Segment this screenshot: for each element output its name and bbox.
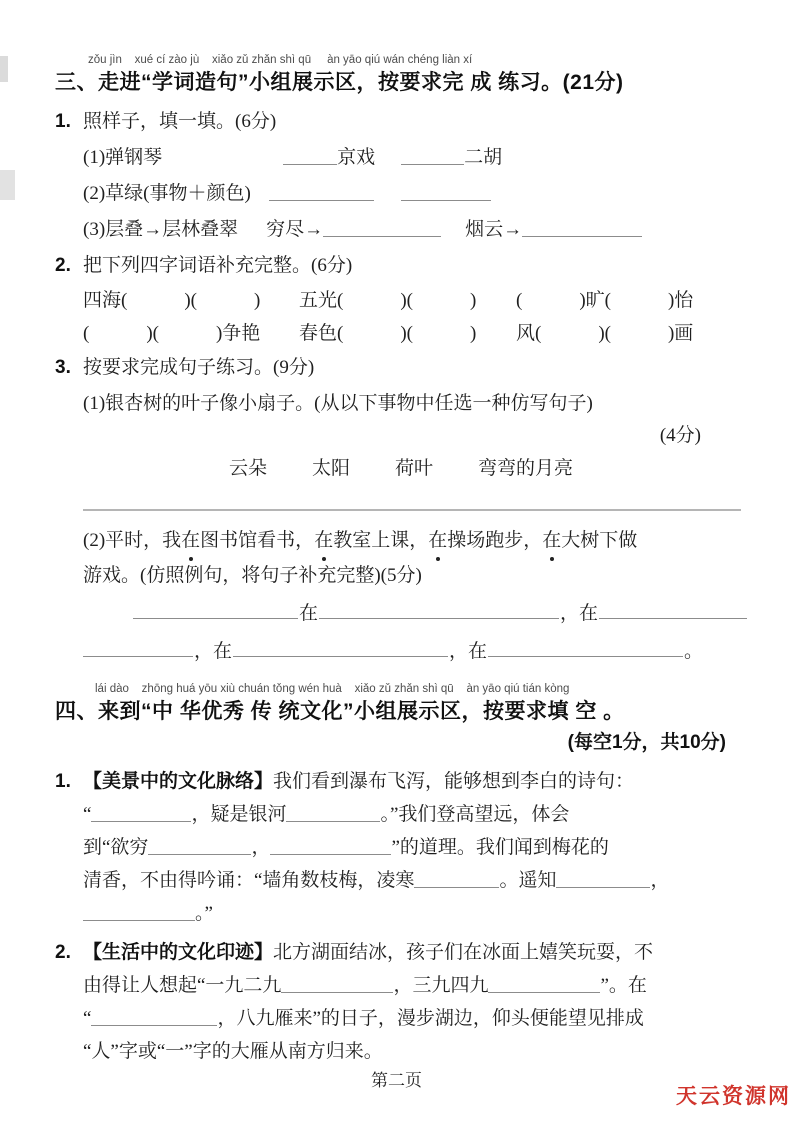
page-content: zǒu jìn xué cí zào jù xiǎo zǔ zhǎn shì q… <box>55 52 747 1068</box>
q2-number: 2. <box>55 248 83 284</box>
section3-heading: 三、走进“学词造句”小组展示区，按要求完 成 练习。(21分) <box>55 68 747 98</box>
fill-blank <box>270 839 391 855</box>
s4q2-line1: 2. 【生活中的文化印迹】北方湖面结冰，孩子们在冰面上嬉笑玩耍，不 <box>55 936 747 969</box>
q3-title: 按要求完成句子练习。(9分) <box>83 350 314 386</box>
fill-blank <box>488 977 600 993</box>
emphasized-zai: 在 <box>542 523 561 558</box>
text-run: ，三九四九 <box>393 975 488 996</box>
fill-blank <box>83 905 195 921</box>
s4q1-line3: 到“欲穷，”的道理。我们闻到梅花的 <box>83 831 747 864</box>
q3-part2-line2: 游戏。(仿照例句，将句子补充完整)(5分) <box>83 558 747 593</box>
answer-word: ，在 <box>193 633 233 671</box>
fill-blank <box>522 221 642 237</box>
q3-title-row: 3. 按要求完成句子练习。(9分) <box>55 350 747 386</box>
q3-part2: (2)平时，我在图书馆看书，在教室上课，在操场跑步，在大树下做 游戏。(仿照例句… <box>55 523 747 671</box>
fill-blank <box>556 872 650 888</box>
s4q1-tag: 【美景中的文化脉络】 <box>83 771 273 792</box>
option-word: 荷叶 <box>395 451 433 487</box>
fill-blank <box>283 149 337 165</box>
fill-blank <box>414 872 499 888</box>
emphasized-zai: 在 <box>314 523 333 558</box>
option-word: 云朵 <box>229 451 267 487</box>
option-word: 太阳 <box>312 451 350 487</box>
section4-q2: 2. 【生活中的文化印迹】北方湖面结冰，孩子们在冰面上嬉笑玩耍，不 由得让人想起… <box>55 936 747 1068</box>
fill-blank <box>323 221 441 237</box>
q2-title: 把下列四字词语补充完整。(6分) <box>83 248 352 284</box>
q3-part1-score: (4分) <box>55 421 747 451</box>
s4q2-line4: “人”字或“一”字的大雁从南方归来。 <box>83 1035 747 1068</box>
s4q1-body: “，疑是银河。”我们登高望远，体会 到“欲穷，”的道理。我们闻到梅花的 清香，不… <box>55 798 747 930</box>
q3-answer-line-b: ，在，在。 <box>83 633 747 671</box>
q3-answer-line-a: 在，在 <box>83 595 747 633</box>
idiom-cell: ( )旷( )怡 <box>516 284 747 317</box>
option-word: 弯弯的月亮 <box>478 451 573 487</box>
idiom-cell: 五光( )( ) <box>299 284 516 317</box>
idiom-cell: 春色( )( ) <box>299 317 516 350</box>
scan-artifact <box>0 56 8 82</box>
s4q2-number: 2. <box>55 936 83 969</box>
text-run: ，八九雁来”的日子，漫步湖边，仰头便能望见排成 <box>217 1008 643 1029</box>
text-run: ”。在 <box>600 975 646 996</box>
text-run: 。”我们登高望远，体会 <box>380 804 569 825</box>
s4q2-body: 由得让人想起“一九二九，三九四九”。在 “，八九雁来”的日子，漫步湖边，仰头便能… <box>55 969 747 1068</box>
q1-title: 照样子，填一填。(6分) <box>83 104 276 140</box>
q3-part1-text: (1)银杏树的叶子像小扇子。(从以下事物中任选一种仿写句子) <box>83 386 747 421</box>
answer-word: 在 <box>298 595 319 633</box>
idiom-cell: ( )( )争艳 <box>83 317 299 350</box>
text-run: ， <box>251 837 270 858</box>
text-run: 教室上课， <box>333 530 428 551</box>
s4q2-line3: “，八九雁来”的日子，漫步湖边，仰头便能望见排成 <box>83 1002 747 1035</box>
fill-blank <box>233 641 448 657</box>
fill-blank <box>83 641 193 657</box>
answer-word: ，在 <box>559 595 599 633</box>
q3-part2-line1: (2)平时，我在图书馆看书，在教室上课，在操场跑步，在大树下做 <box>83 523 747 558</box>
pinyin-line-section4: lái dào zhōng huá yōu xiù chuán tǒng wén… <box>95 681 747 697</box>
fill-blank <box>401 149 464 165</box>
text-run: ”的道理。我们闻到梅花的 <box>391 837 608 858</box>
fill-blank <box>319 603 559 619</box>
text-run: (2)平时，我 <box>83 530 181 551</box>
fill-blank <box>488 641 683 657</box>
q1-row3-item1: 穷尽→ <box>266 219 323 240</box>
q3-number: 3. <box>55 350 83 386</box>
text-run: 清香，不由得吟诵：“墙角数枝梅，凌寒 <box>83 870 414 891</box>
q1-number: 1. <box>55 104 83 140</box>
text-run: “ <box>83 1008 91 1029</box>
answer-word: ，在 <box>448 633 488 671</box>
text-run: 由得让人想起“一九二九 <box>83 975 281 996</box>
fill-blank <box>401 185 491 201</box>
q1-body: (1)弹钢琴京戏二胡 (2)草绿(事物＋颜色) (3)层叠→层林叠翠穷尽→烟云→ <box>55 140 747 248</box>
q1-row1: (1)弹钢琴京戏二胡 <box>83 140 747 176</box>
q1-row3: (3)层叠→层林叠翠穷尽→烟云→ <box>83 212 747 248</box>
fill-blank <box>269 185 374 201</box>
q1-row1-label: (1)弹钢琴 <box>83 147 162 168</box>
text-run: 到“欲穷 <box>83 837 148 858</box>
emphasized-zai: 在 <box>181 523 200 558</box>
pinyin-line-section3: zǒu jìn xué cí zào jù xiǎo zǔ zhǎn shì q… <box>88 52 747 68</box>
text-run: ，疑是银河 <box>191 804 286 825</box>
text-run: 图书馆看书， <box>200 530 314 551</box>
q3-body: (1)银杏树的叶子像小扇子。(从以下事物中任选一种仿写句子) <box>55 386 747 421</box>
s4q1-line2: “，疑是银河。”我们登高望远，体会 <box>83 798 747 831</box>
fill-blank <box>281 977 393 993</box>
q2-body: 四海( )( ) 五光( )( ) ( )旷( )怡 ( )( )争艳 春色( … <box>55 284 747 350</box>
section4-q1: 1. 【美景中的文化脉络】我们看到瀑布飞泻，能够想到李白的诗句： “，疑是银河。… <box>55 765 747 930</box>
fill-blank <box>91 1010 217 1026</box>
s4q2-line2: 由得让人想起“一九二九，三九四九”。在 <box>83 969 747 1002</box>
text-run: ， <box>650 870 669 891</box>
s4q1-number: 1. <box>55 765 83 798</box>
fill-blank <box>133 603 298 619</box>
q1-row3-label: (3)层叠→层林叠翠 <box>83 219 238 240</box>
fill-blank <box>91 806 191 822</box>
q1-row3-item2: 烟云→ <box>465 219 522 240</box>
q1-row1-word1: 京戏 <box>337 147 375 168</box>
idiom-cell: 风( )( )画 <box>516 317 747 350</box>
text-run: 。” <box>195 903 213 924</box>
text-run: 。遥知 <box>499 870 556 891</box>
q2-title-row: 2. 把下列四字词语补充完整。(6分) <box>55 248 747 284</box>
worksheet-page: zǒu jìn xué cí zào jù xiǎo zǔ zhǎn shì q… <box>0 0 793 1122</box>
text-run: “ <box>83 804 91 825</box>
text-run: 北方湖面结冰，孩子们在冰面上嬉笑玩耍，不 <box>273 942 653 963</box>
page-number: 第二页 <box>0 1066 793 1091</box>
q2-row2: ( )( )争艳 春色( )( ) 风( )( )画 <box>83 317 747 350</box>
q1-row2: (2)草绿(事物＋颜色) <box>83 176 747 212</box>
s4q1-line1: 1. 【美景中的文化脉络】我们看到瀑布飞泻，能够想到李白的诗句： <box>55 765 747 798</box>
scan-artifact <box>0 170 15 200</box>
text-run: 我们看到瀑布飞泻，能够想到李白的诗句： <box>273 771 634 792</box>
s4q2-tag: 【生活中的文化印迹】 <box>83 942 273 963</box>
watermark: 天云资源网 <box>676 1080 791 1110</box>
section4-score-note: (每空1分，共10分) <box>55 727 747 759</box>
text-run: 大树下做 <box>561 530 637 551</box>
s4q1-line5: 。” <box>83 897 747 930</box>
section4-heading: 四、来到“中 华优秀 传 统文化”小组展示区，按要求填 空 。 <box>55 697 747 727</box>
q1-title-row: 1. 照样子，填一填。(6分) <box>55 104 747 140</box>
q1-row1-word2: 二胡 <box>464 147 502 168</box>
text-run: 操场跑步， <box>447 530 542 551</box>
emphasized-zai: 在 <box>428 523 447 558</box>
idiom-cell: 四海( )( ) <box>83 284 299 317</box>
q2-row1: 四海( )( ) 五光( )( ) ( )旷( )怡 <box>83 284 747 317</box>
fill-blank <box>599 603 747 619</box>
answer-line <box>83 509 741 511</box>
q3-options-row: 云朵 太阳 荷叶 弯弯的月亮 <box>55 451 747 487</box>
s4q1-line4: 清香，不由得吟诵：“墙角数枝梅，凌寒。遥知， <box>83 864 747 897</box>
fill-blank <box>286 806 380 822</box>
fill-blank <box>148 839 251 855</box>
answer-word: 。 <box>683 633 704 671</box>
q1-row2-label: (2)草绿(事物＋颜色) <box>83 183 251 204</box>
